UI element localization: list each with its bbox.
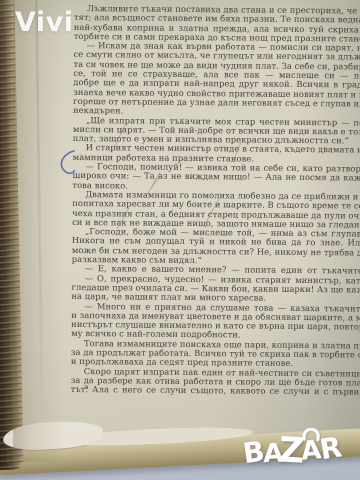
page-text: Лъжливите тъкачи поставиха два стана и с… <box>71 4 360 397</box>
signature-mark: з <box>84 383 88 391</box>
logo-letter: R <box>318 431 343 467</box>
logo-letter: B <box>241 435 265 470</box>
book-photo: Лъжливите тъкачи поставиха два стана и с… <box>0 0 360 480</box>
photographer-watermark: Vivi <box>15 7 74 38</box>
site-logo: BAZAR <box>242 426 341 471</box>
